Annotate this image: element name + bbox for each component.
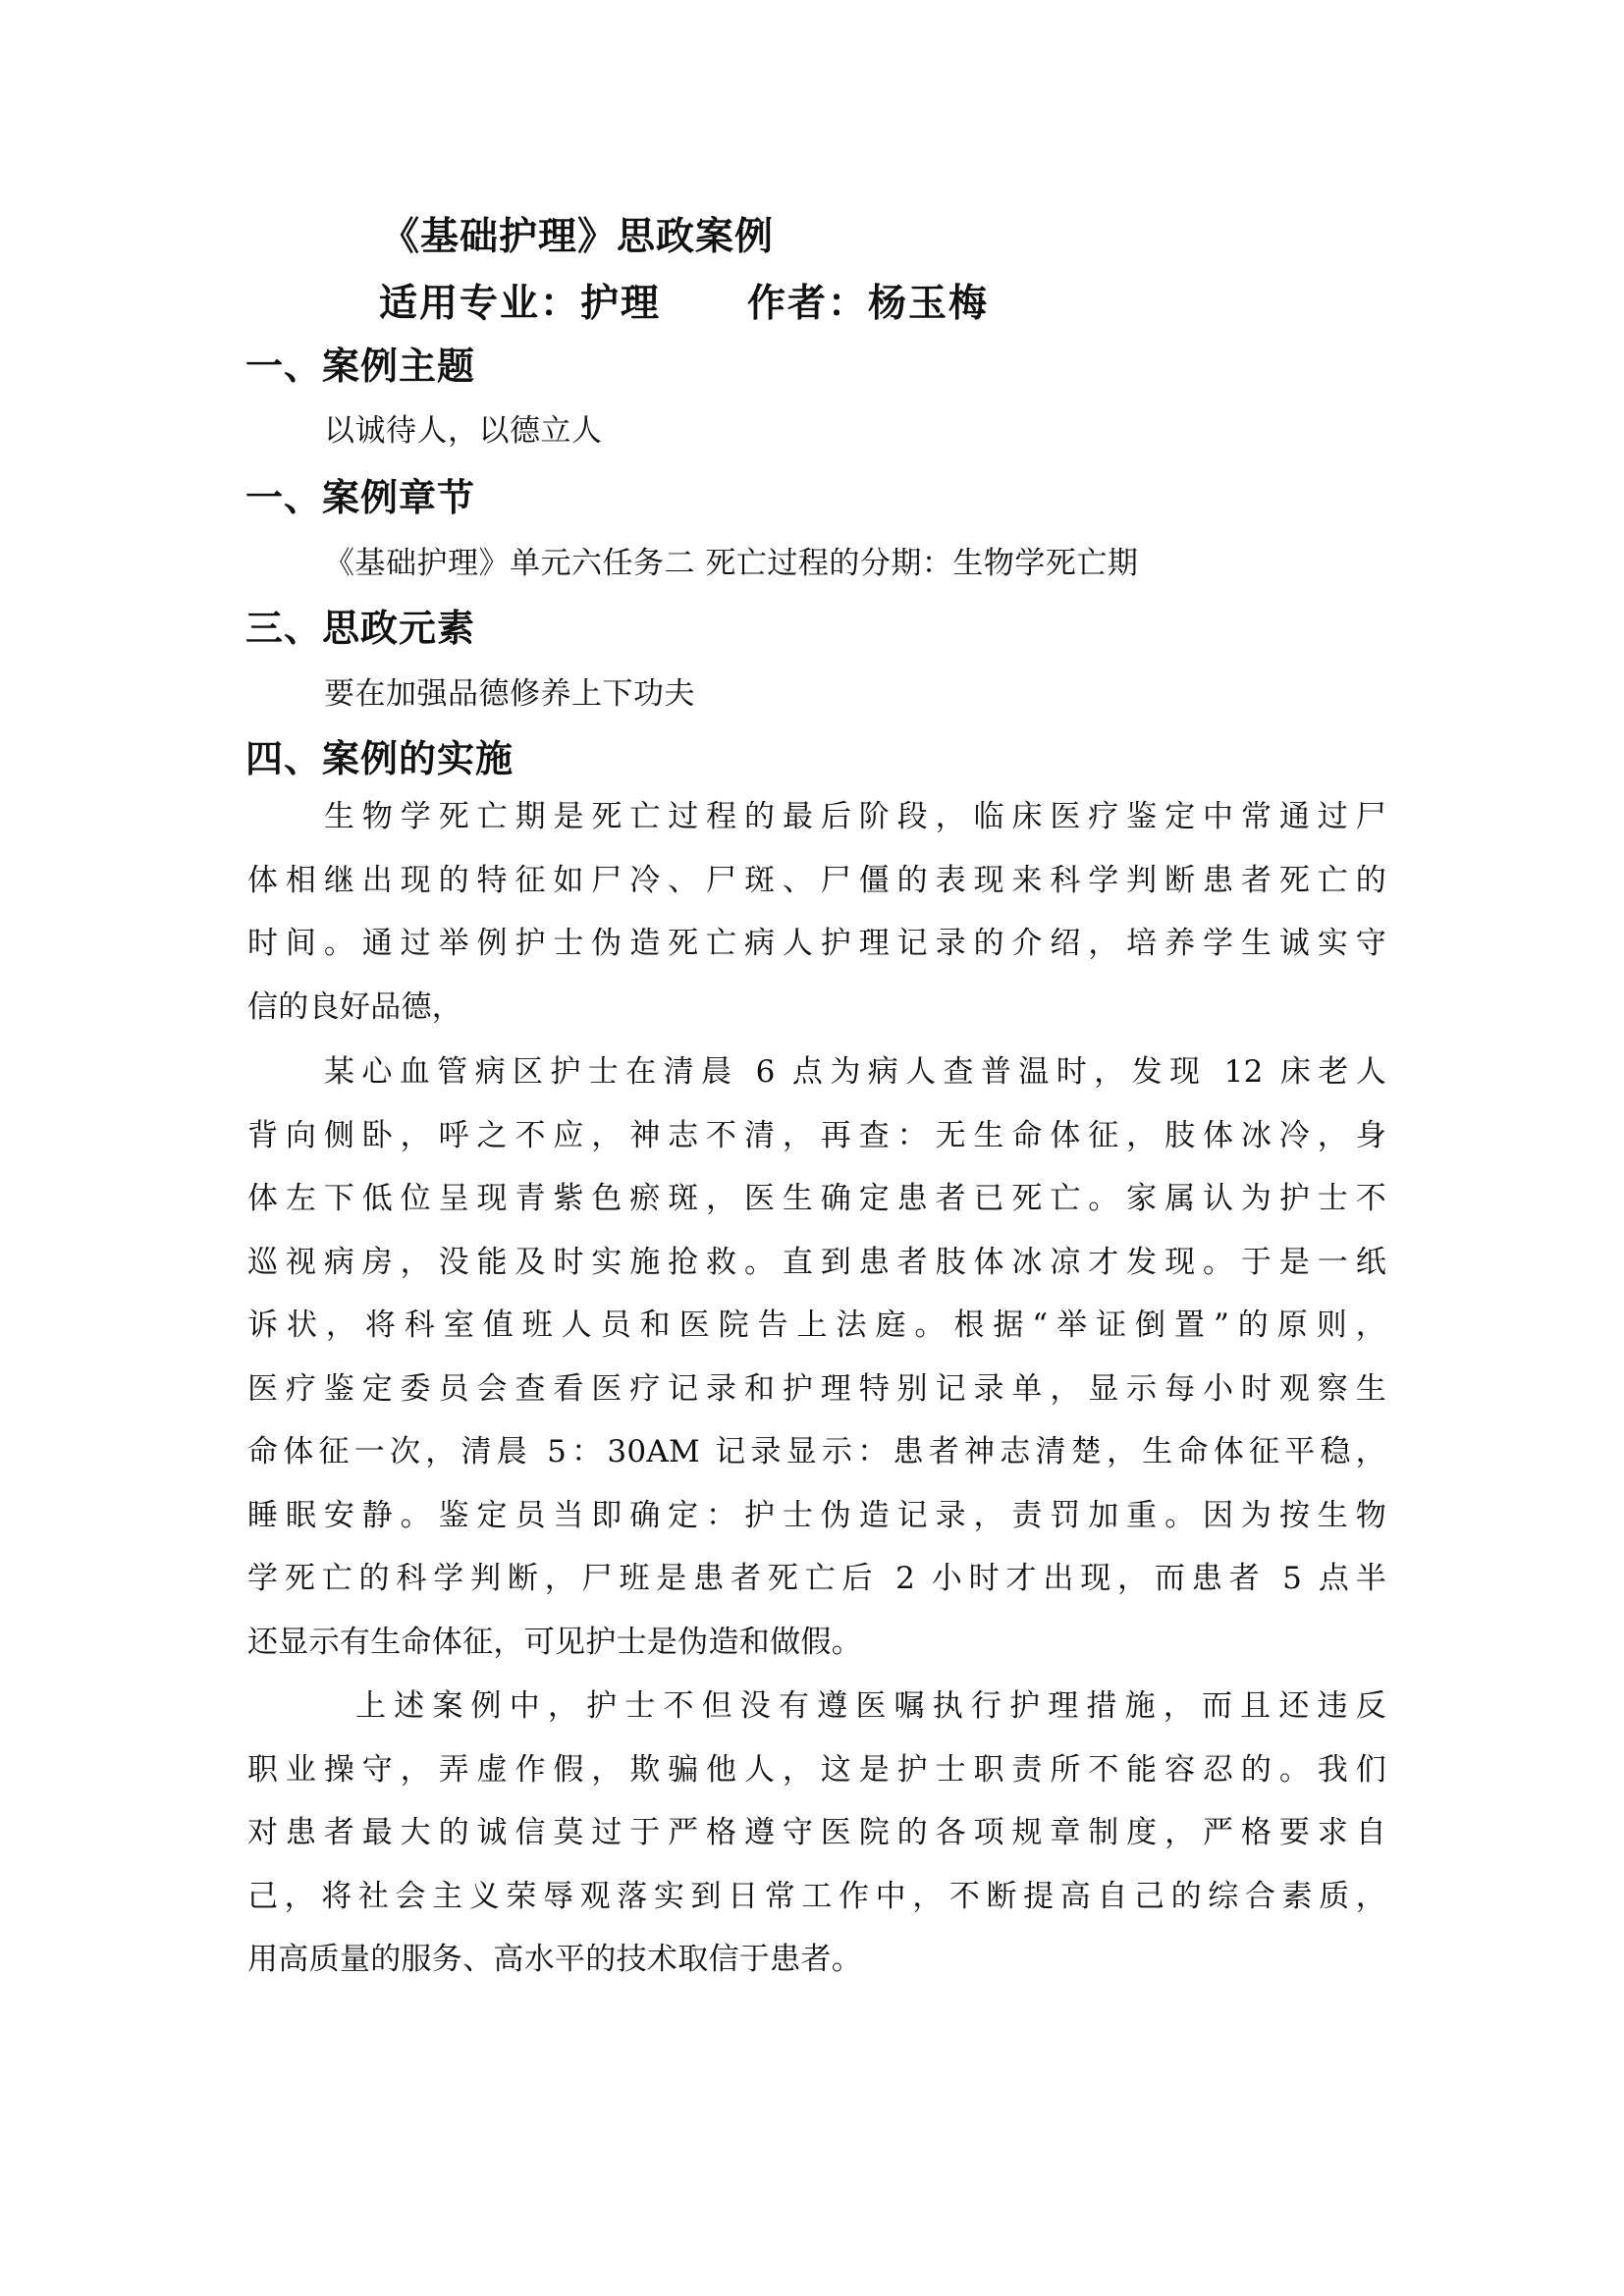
paragraph-line: 职业操守，弄虚作假，欺骗他人，这是护士职责所不能容忍的。我们 (247, 1738, 1386, 1802)
implementation-paragraph-3: 上述案例中，护士不但没有遵医嘱执行护理措施，而且还违反 职业操守，弄虚作假，欺骗… (247, 1675, 1386, 1992)
paragraph-line: 时间。通过举例护士伪造死亡病人护理记录的介绍，培养学生诚实守 (247, 912, 1386, 976)
paragraph-line: 生物学死亡期是死亡过程的最后阶段，临床医疗鉴定中常通过尸 (247, 785, 1386, 849)
author: 作者：杨玉梅 (747, 282, 989, 326)
paragraph-line: 用高质量的服务、高水平的技术取信于患者。 (247, 1928, 1386, 1992)
paragraph-line: 睡眠安静。鉴定员当即确定：护士伪造记录，责罚加重。因为按生物 (247, 1484, 1386, 1548)
paragraph-line: 还显示有生命体征，可见护士是伪造和做假。 (247, 1611, 1386, 1675)
paragraph-line: 背向侧卧，呼之不应，神志不清，再查：无生命体征，肢体冰冷，身 (247, 1104, 1386, 1168)
paragraph-line: 学死亡的科学判断，尸班是患者死亡后 2 小时才出现，而患者 5 点半 (247, 1547, 1386, 1611)
paragraph-line: 巡视病房，没能及时实施抢救。直到患者肢体冰凉才发现。于是一纸 (247, 1231, 1386, 1295)
paragraph-line: 体相继出现的特征如尸冷、尸斑、尸僵的表现来科学判断患者死亡的 (247, 849, 1386, 913)
section-content-elements: 要在加强品德修养上下功夫 (324, 668, 695, 713)
paragraph-line: 医疗鉴定委员会查看医疗记录和护理特别记录单，显示每小时观察生 (247, 1358, 1386, 1421)
section-content-theme: 以诚待人，以德立人 (324, 405, 603, 450)
implementation-paragraph-1: 生物学死亡期是死亡过程的最后阶段，临床医疗鉴定中常通过尸 体相继出现的特征如尸冷… (247, 785, 1386, 1039)
section-heading-implementation: 四、案例的实施 (245, 728, 514, 782)
document-meta: 适用专业：护理作者：杨玉梅 (379, 273, 989, 328)
paragraph-line: 诉状，将科室值班人员和医院告上法庭。根据“举证倒置”的原则， (247, 1294, 1386, 1358)
section-heading-chapter: 一、案例章节 (245, 467, 475, 521)
paragraph-line: 上述案例中，护士不但没有遵医嘱执行护理措施，而且还违反 (247, 1675, 1386, 1738)
paragraph-line: 对患者最大的诚信莫过于严格遵守医院的各项规章制度，严格要求自 (247, 1801, 1386, 1865)
section-content-chapter: 《基础护理》单元六任务二 死亡过程的分期：生物学死亡期 (324, 538, 1138, 582)
paragraph-line: 命体征一次，清晨 5：30AM 记录显示：患者神志清楚，生命体征平稳， (247, 1420, 1386, 1484)
paragraph-line: 信的良好品德， (247, 976, 1386, 1040)
applicable-major: 适用专业：护理 (379, 282, 661, 326)
implementation-paragraph-2: 某心血管病区护士在清晨 6 点为病人查普温时，发现 12 床老人 背向侧卧，呼之… (247, 1041, 1386, 1674)
paragraph-line: 己，将社会主义荣辱观落实到日常工作中，不断提高自己的综合素质， (247, 1865, 1386, 1929)
document-page: 《基础护理》思政案例 适用专业：护理作者：杨玉梅 一、案例主题 以诚待人，以德立… (0, 0, 1624, 2296)
section-heading-theme: 一、案例主题 (245, 336, 475, 390)
document-title: 《基础护理》思政案例 (381, 206, 774, 261)
paragraph-line: 体左下低位呈现青紫色瘀斑，医生确定患者已死亡。家属认为护士不 (247, 1167, 1386, 1231)
paragraph-line: 某心血管病区护士在清晨 6 点为病人查普温时，发现 12 床老人 (247, 1041, 1386, 1104)
section-heading-elements: 三、思政元素 (245, 598, 475, 652)
